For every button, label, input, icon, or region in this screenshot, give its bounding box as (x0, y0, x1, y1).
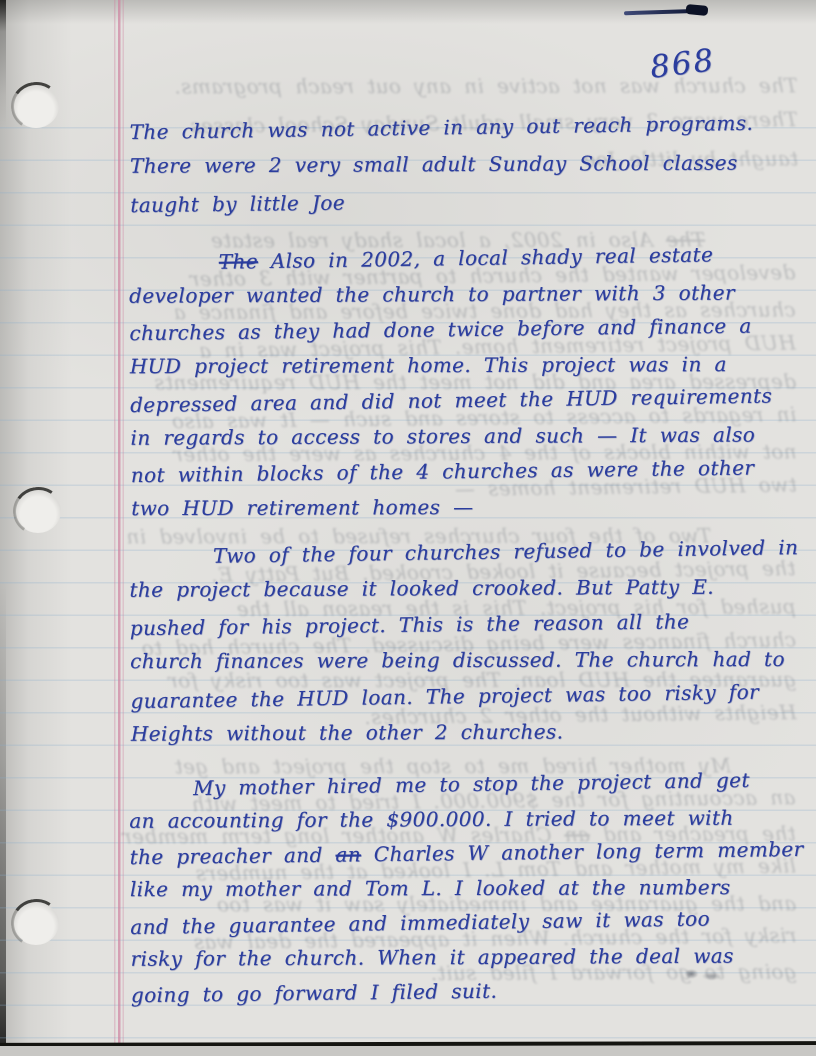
line-text: risky for the church. When it appeared t… (131, 943, 734, 970)
line-text: Also in 2002, a local shady real estate (258, 242, 714, 273)
line-text: two HUD retirement homes — (131, 494, 473, 519)
line-text: like my mother and Tom L. I looked at th… (130, 875, 731, 901)
line-text: Heights without the other 2 churches. (131, 720, 564, 746)
line-text: Charles W another long term member (361, 837, 804, 866)
handwritten-line: pushed for his project. This is the reas… (130, 608, 810, 652)
hole-punch (13, 84, 59, 128)
scanned-page: 868 The church was not active in any out… (0, 0, 816, 1056)
line-text: pushed for his project. This is the reas… (130, 609, 690, 640)
handwritten-line: church finances were being discussed. Th… (130, 647, 810, 685)
line-text: There were 2 very small adult Sunday Sch… (130, 151, 738, 178)
handwritten-line: two HUD retirement homes — (131, 493, 811, 531)
handwritten-line: churches as they had done twice before a… (129, 313, 809, 357)
line-text: the preacher and (129, 843, 335, 870)
line-text: HUD project retirement home. This projec… (130, 352, 727, 378)
paragraph: The church was not active in any out rea… (129, 112, 810, 230)
handwritten-line: not within blocks of the 4 churches as w… (131, 455, 811, 499)
scanner-bed (0, 1046, 816, 1056)
handwritten-line: depressed area and did not meet the HUD … (130, 383, 810, 429)
struck-word: an (335, 842, 361, 866)
paragraph: The Also in 2002, a local shady real est… (129, 243, 812, 534)
line-text: church finances were being discussed. Th… (130, 647, 785, 673)
line-text: the project because it looked crooked. B… (129, 575, 714, 602)
line-text: The church was not active in any out rea… (174, 73, 798, 98)
handwritten-line: The Also in 2002, a local shady real est… (129, 241, 809, 287)
handwritten-line: Heights without the other 2 churches. (131, 718, 811, 758)
handwritten-line: in regards to access to stores and such … (130, 422, 810, 461)
handwritten-line: developer wanted the church to partner w… (129, 280, 809, 319)
line-text: going to go forward I filed suit. (131, 979, 498, 1007)
hole-punch (15, 489, 61, 533)
handwritten-line: The church was not active in any out rea… (118, 73, 798, 111)
line-text: an accounting for the $900.000. I tried … (129, 805, 733, 832)
hole-punch (13, 901, 59, 945)
handwritten-line: an accounting for the $900.000. I tried … (129, 805, 809, 843)
handwritten-line: the preacher and an Charles W another lo… (129, 837, 809, 880)
line-text: in regards to access to stores and such … (130, 422, 755, 449)
line-text: taught by little Joe (130, 191, 345, 218)
handwritten-line: taught by little Joe (130, 185, 810, 230)
handwritten-line: the project because it looked crooked. B… (129, 574, 809, 614)
handwritten-line: There were 2 very small adult Sunday Sch… (130, 150, 810, 191)
line-text: developer wanted the church to partner w… (129, 280, 735, 307)
paragraph: Two of the four churches refused to be i… (129, 537, 811, 760)
ink-smudge (678, 964, 726, 986)
struck-word: The (219, 249, 259, 274)
